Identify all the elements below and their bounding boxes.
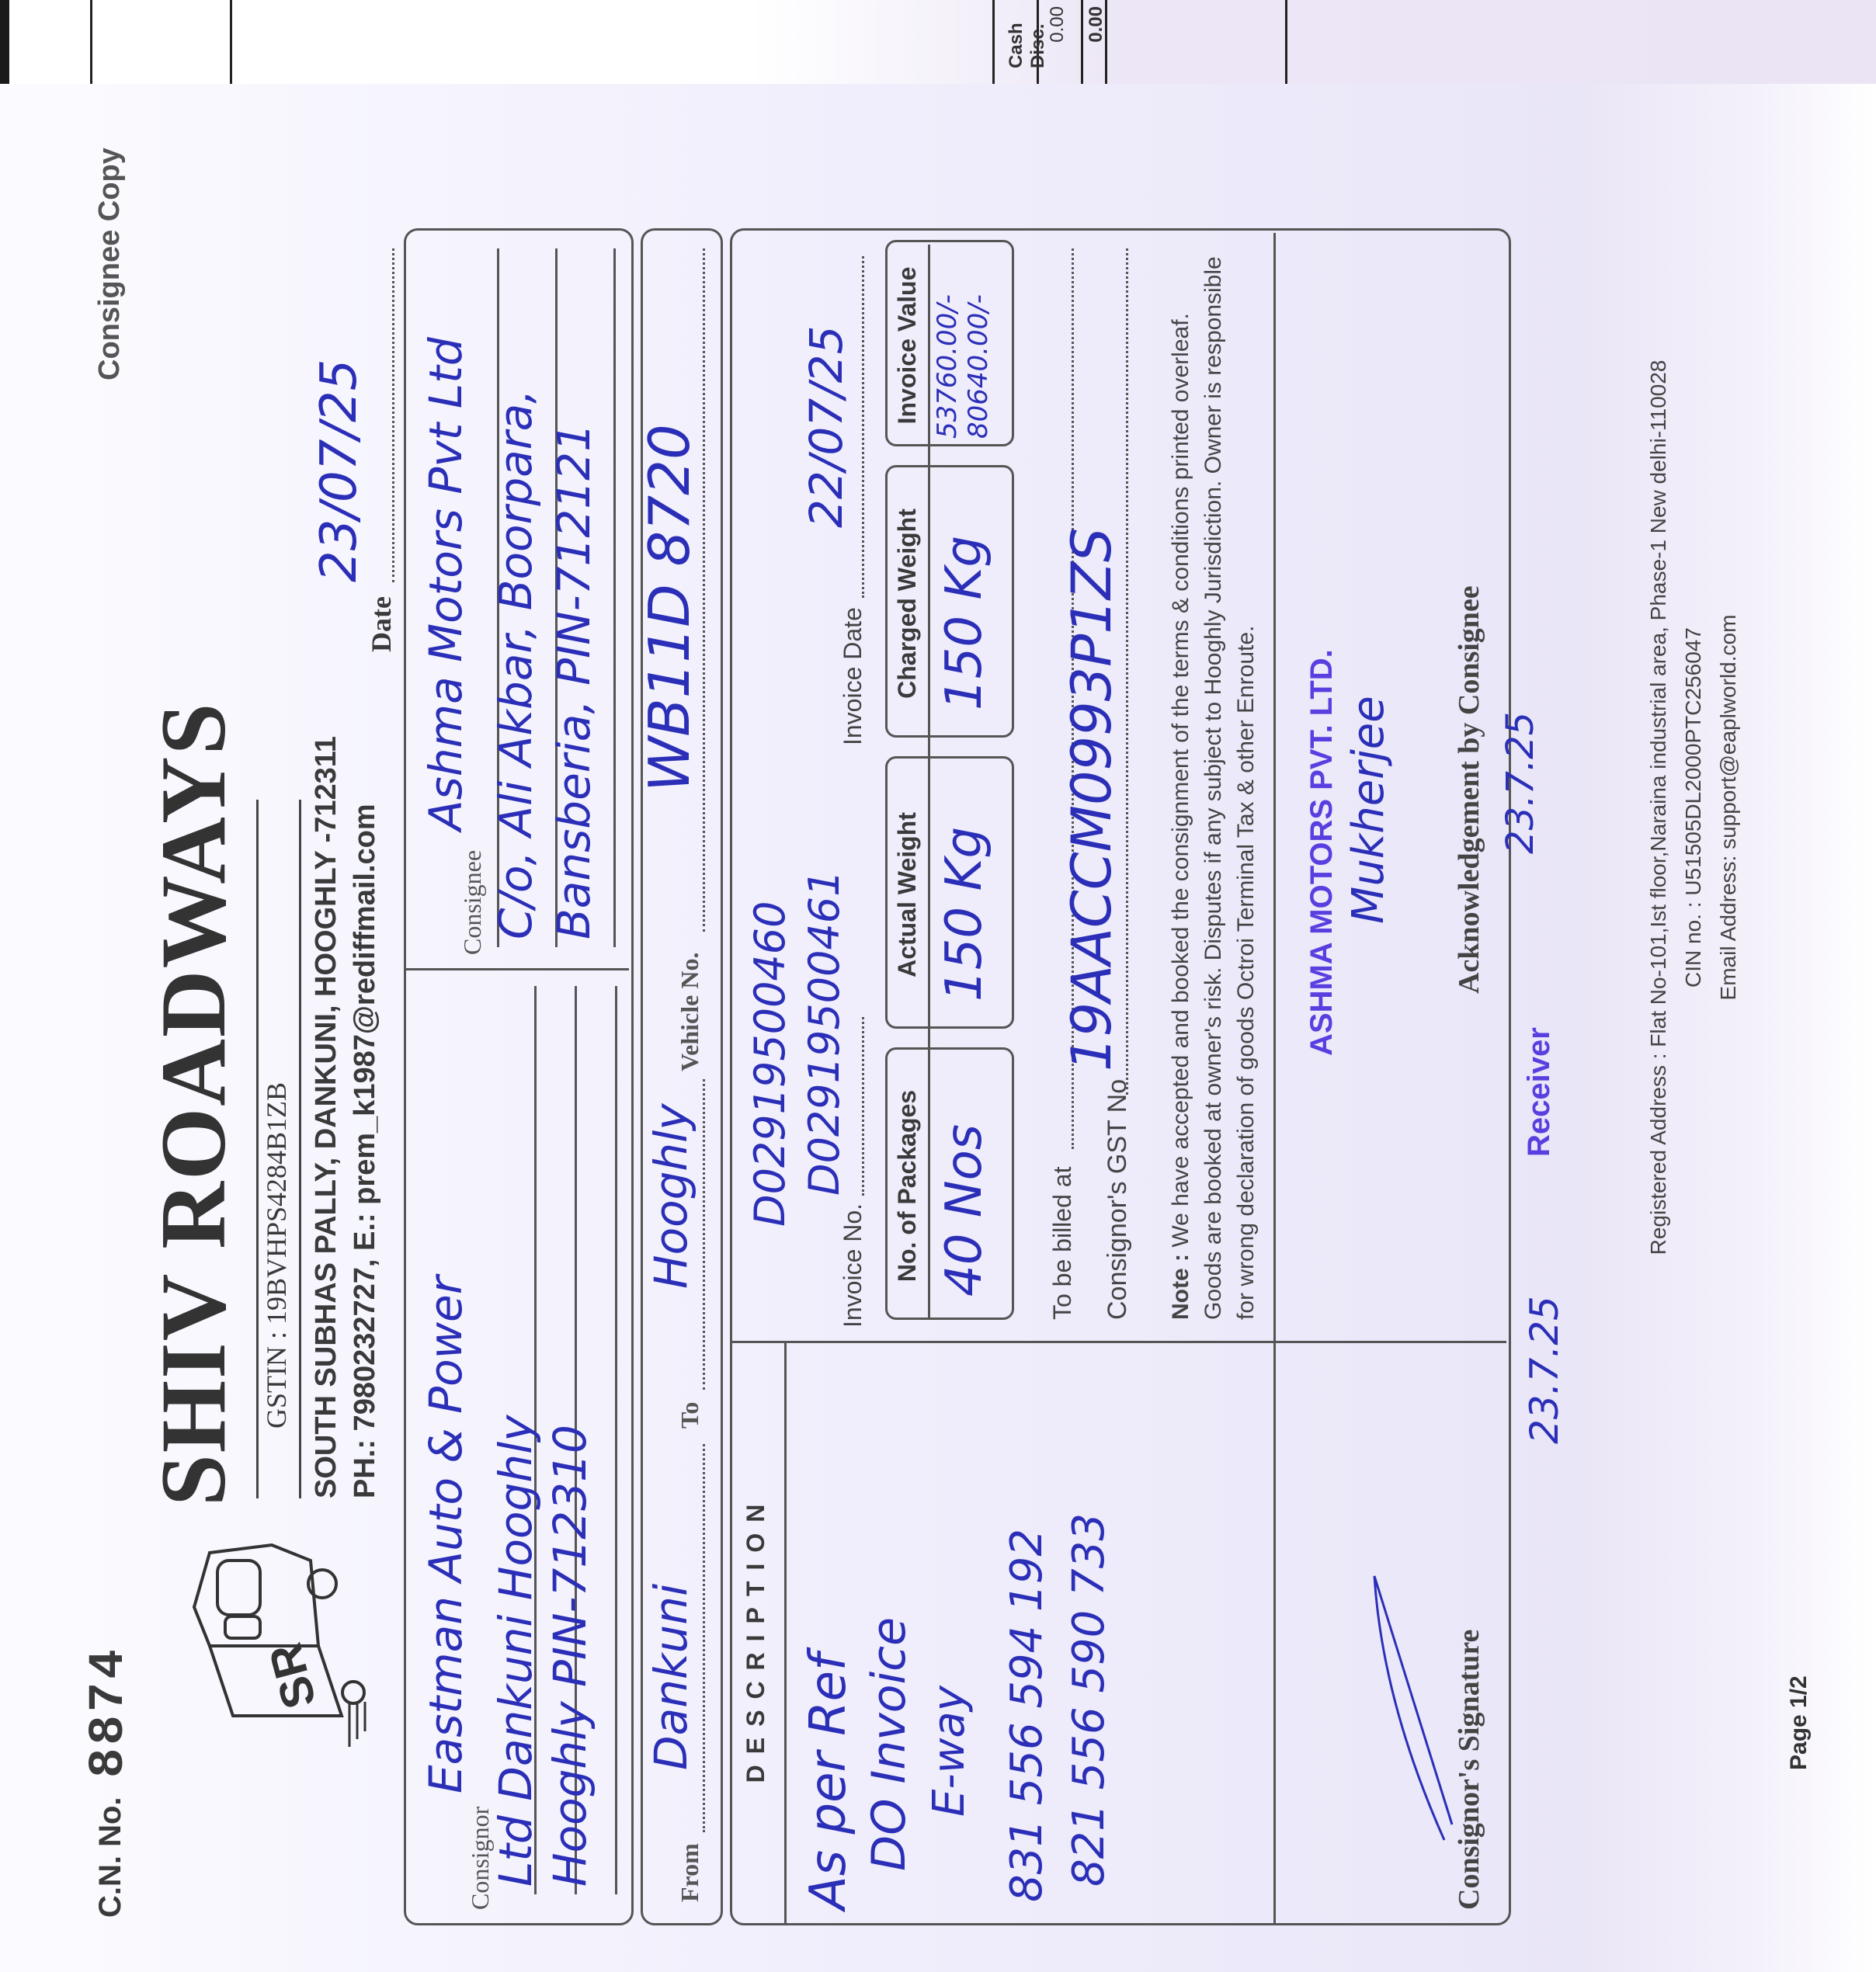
- from-dotline: [703, 1444, 705, 1832]
- gst-label: Consignor's GST No: [1103, 1079, 1133, 1320]
- description-header-line: [784, 1343, 787, 1925]
- table-divider: [992, 0, 995, 85]
- to-value: Hooghly: [644, 1103, 697, 1289]
- th-invoice-value: Invoice Value: [893, 245, 922, 446]
- page-number: Page 1/2: [1786, 1675, 1812, 1770]
- consignor-signature-scribble: [1367, 1561, 1460, 1856]
- ack-date: 23.7.25: [1499, 712, 1542, 854]
- packages-value: 40 Nos: [936, 1124, 993, 1297]
- eway-number-2: 821 556 590 733: [1064, 1513, 1114, 1887]
- description-line-2: DO Invoice: [862, 1617, 916, 1871]
- contact-line: PH.: 7980232727, E.: prem_k1987@rediffma…: [346, 736, 384, 1498]
- registered-address: Registered Address : Flat No-101,Ist flo…: [1646, 186, 1671, 1429]
- to-dotline: [703, 1079, 705, 1390]
- consignor-line-3: Hooghly PIN-712310: [544, 1425, 596, 1887]
- description-line-3: E-way: [924, 1686, 974, 1817]
- cash-disc-total: 0.00: [1086, 6, 1107, 43]
- invoice-value: 53760.00/- 80640.00/-: [932, 237, 994, 439]
- description-header: DESCRIPTION: [742, 1366, 770, 1910]
- header-rule: [256, 800, 259, 1498]
- consignor-line-2: Ltd Dankuni Hooghly: [489, 1415, 542, 1887]
- consignee-line: [613, 248, 616, 947]
- from-label: From: [676, 1843, 704, 1902]
- actual-weight-value: 150 Kg: [936, 827, 993, 1002]
- consignee-signature: Mukherjee: [1343, 696, 1394, 924]
- acknowledgement-label: Acknowledgement by Consignee: [1452, 585, 1486, 994]
- invoice-date-value: 22/07/25: [800, 326, 853, 529]
- consignor-line: [615, 986, 617, 1894]
- signature-divider: [1273, 233, 1276, 1925]
- invoice-date-dotline: [862, 256, 864, 598]
- company-address: SOUTH SUBHAS PALLY, DANKUNI, HOOGHLY -71…: [307, 736, 384, 1498]
- eway-number-1: 831 556 594 192: [1002, 1529, 1052, 1902]
- billed-at-label: To be billed at: [1048, 1167, 1077, 1320]
- address-line: SOUTH SUBHAS PALLY, DANKUNI, HOOGHLY -71…: [307, 736, 346, 1498]
- stamp-company: ASHMA MOTORS PVT. LTD.: [1305, 649, 1339, 1056]
- charged-weight-value: 150 Kg: [936, 536, 993, 710]
- invoice-number-1: D02919500460: [745, 901, 794, 1227]
- header-rule: [299, 800, 301, 1498]
- consignor-line-1: Eastman Auto & Power: [419, 1276, 472, 1793]
- gst-value: 19AACCM0993P1ZS: [1060, 528, 1124, 1071]
- invoice-no-label: Invoice No.: [839, 1203, 867, 1328]
- note-text: We have accepted and booked the consignm…: [1168, 256, 1259, 1320]
- company-name: SHIV ROADWAYS: [140, 702, 247, 1506]
- scan-edge: [0, 0, 9, 85]
- invoice-no-dotline: [862, 1017, 864, 1196]
- gst-dotline: [1126, 248, 1128, 1095]
- cash-disc-value: 0.00: [1047, 6, 1068, 43]
- th-actual-weight: Actual Weight: [893, 761, 922, 1029]
- stamp-receiver: Receiver: [1522, 1027, 1557, 1157]
- vehicle-label: Vehicle No.: [676, 953, 704, 1071]
- receiver-date: 23.7.25: [1522, 1296, 1567, 1444]
- vehicle-dotline: [703, 248, 705, 932]
- invoice-number-2: D02919500461: [800, 870, 849, 1196]
- table-divider: [1285, 0, 1287, 85]
- consignee-line-1: Ashma Motors Pvt Ltd: [419, 337, 472, 831]
- underlying-sheet: Cash Disc. 0.00 0.00: [0, 0, 1876, 85]
- table-divider: [230, 0, 232, 85]
- th-packages: No. of Packages: [893, 1052, 922, 1320]
- support-email: Email Address: support@eaplworld.com: [1716, 186, 1741, 1429]
- cash-disc-header: Cash Disc.: [1006, 6, 1049, 85]
- vehicle-value: WB11D 8720: [637, 424, 702, 792]
- cin-number: CIN no. : U51505DL2000PTC256047: [1681, 186, 1706, 1429]
- to-label: To: [676, 1402, 704, 1429]
- gstin: GSTIN : 19BVHPS4284B1ZB: [260, 1082, 293, 1429]
- table-divider: [90, 0, 92, 85]
- consignment-note: C.N. No. 8874 SR SHIV ROADWAYS GSTIN : 1…: [0, 84, 1584, 1972]
- note-label: Note :: [1168, 1254, 1193, 1320]
- invoice-date-label: Invoice Date: [839, 607, 867, 745]
- cn-number: 8874: [82, 1646, 137, 1778]
- from-value: Dankuni: [644, 1584, 697, 1770]
- table-divider: [1081, 0, 1083, 85]
- date-dotline: [392, 248, 394, 582]
- table-header-line: [928, 245, 930, 1320]
- consignee-label: Consignee: [458, 850, 487, 955]
- th-charged-weight: Charged Weight: [893, 470, 922, 738]
- terms-note: Note : We have accepted and booked the c…: [1165, 248, 1263, 1320]
- description-line-1: As per Ref: [800, 1654, 857, 1911]
- svg-text:SR: SR: [259, 1638, 325, 1714]
- date-value: 23/07/25: [311, 359, 368, 582]
- cn-label: C.N. No.: [93, 1797, 128, 1918]
- consignee-line-3: Bansberia, PIN-712121: [547, 423, 600, 939]
- party-divider: [404, 968, 629, 970]
- copy-label: Consignee Copy: [93, 148, 127, 380]
- signature-col-divider: [1273, 1341, 1506, 1343]
- consignee-line-2: C/o, Ali Akbar, Boorpara,: [489, 389, 542, 939]
- truck-logo-icon: SR: [179, 1529, 373, 1762]
- date-label: Date: [365, 596, 398, 652]
